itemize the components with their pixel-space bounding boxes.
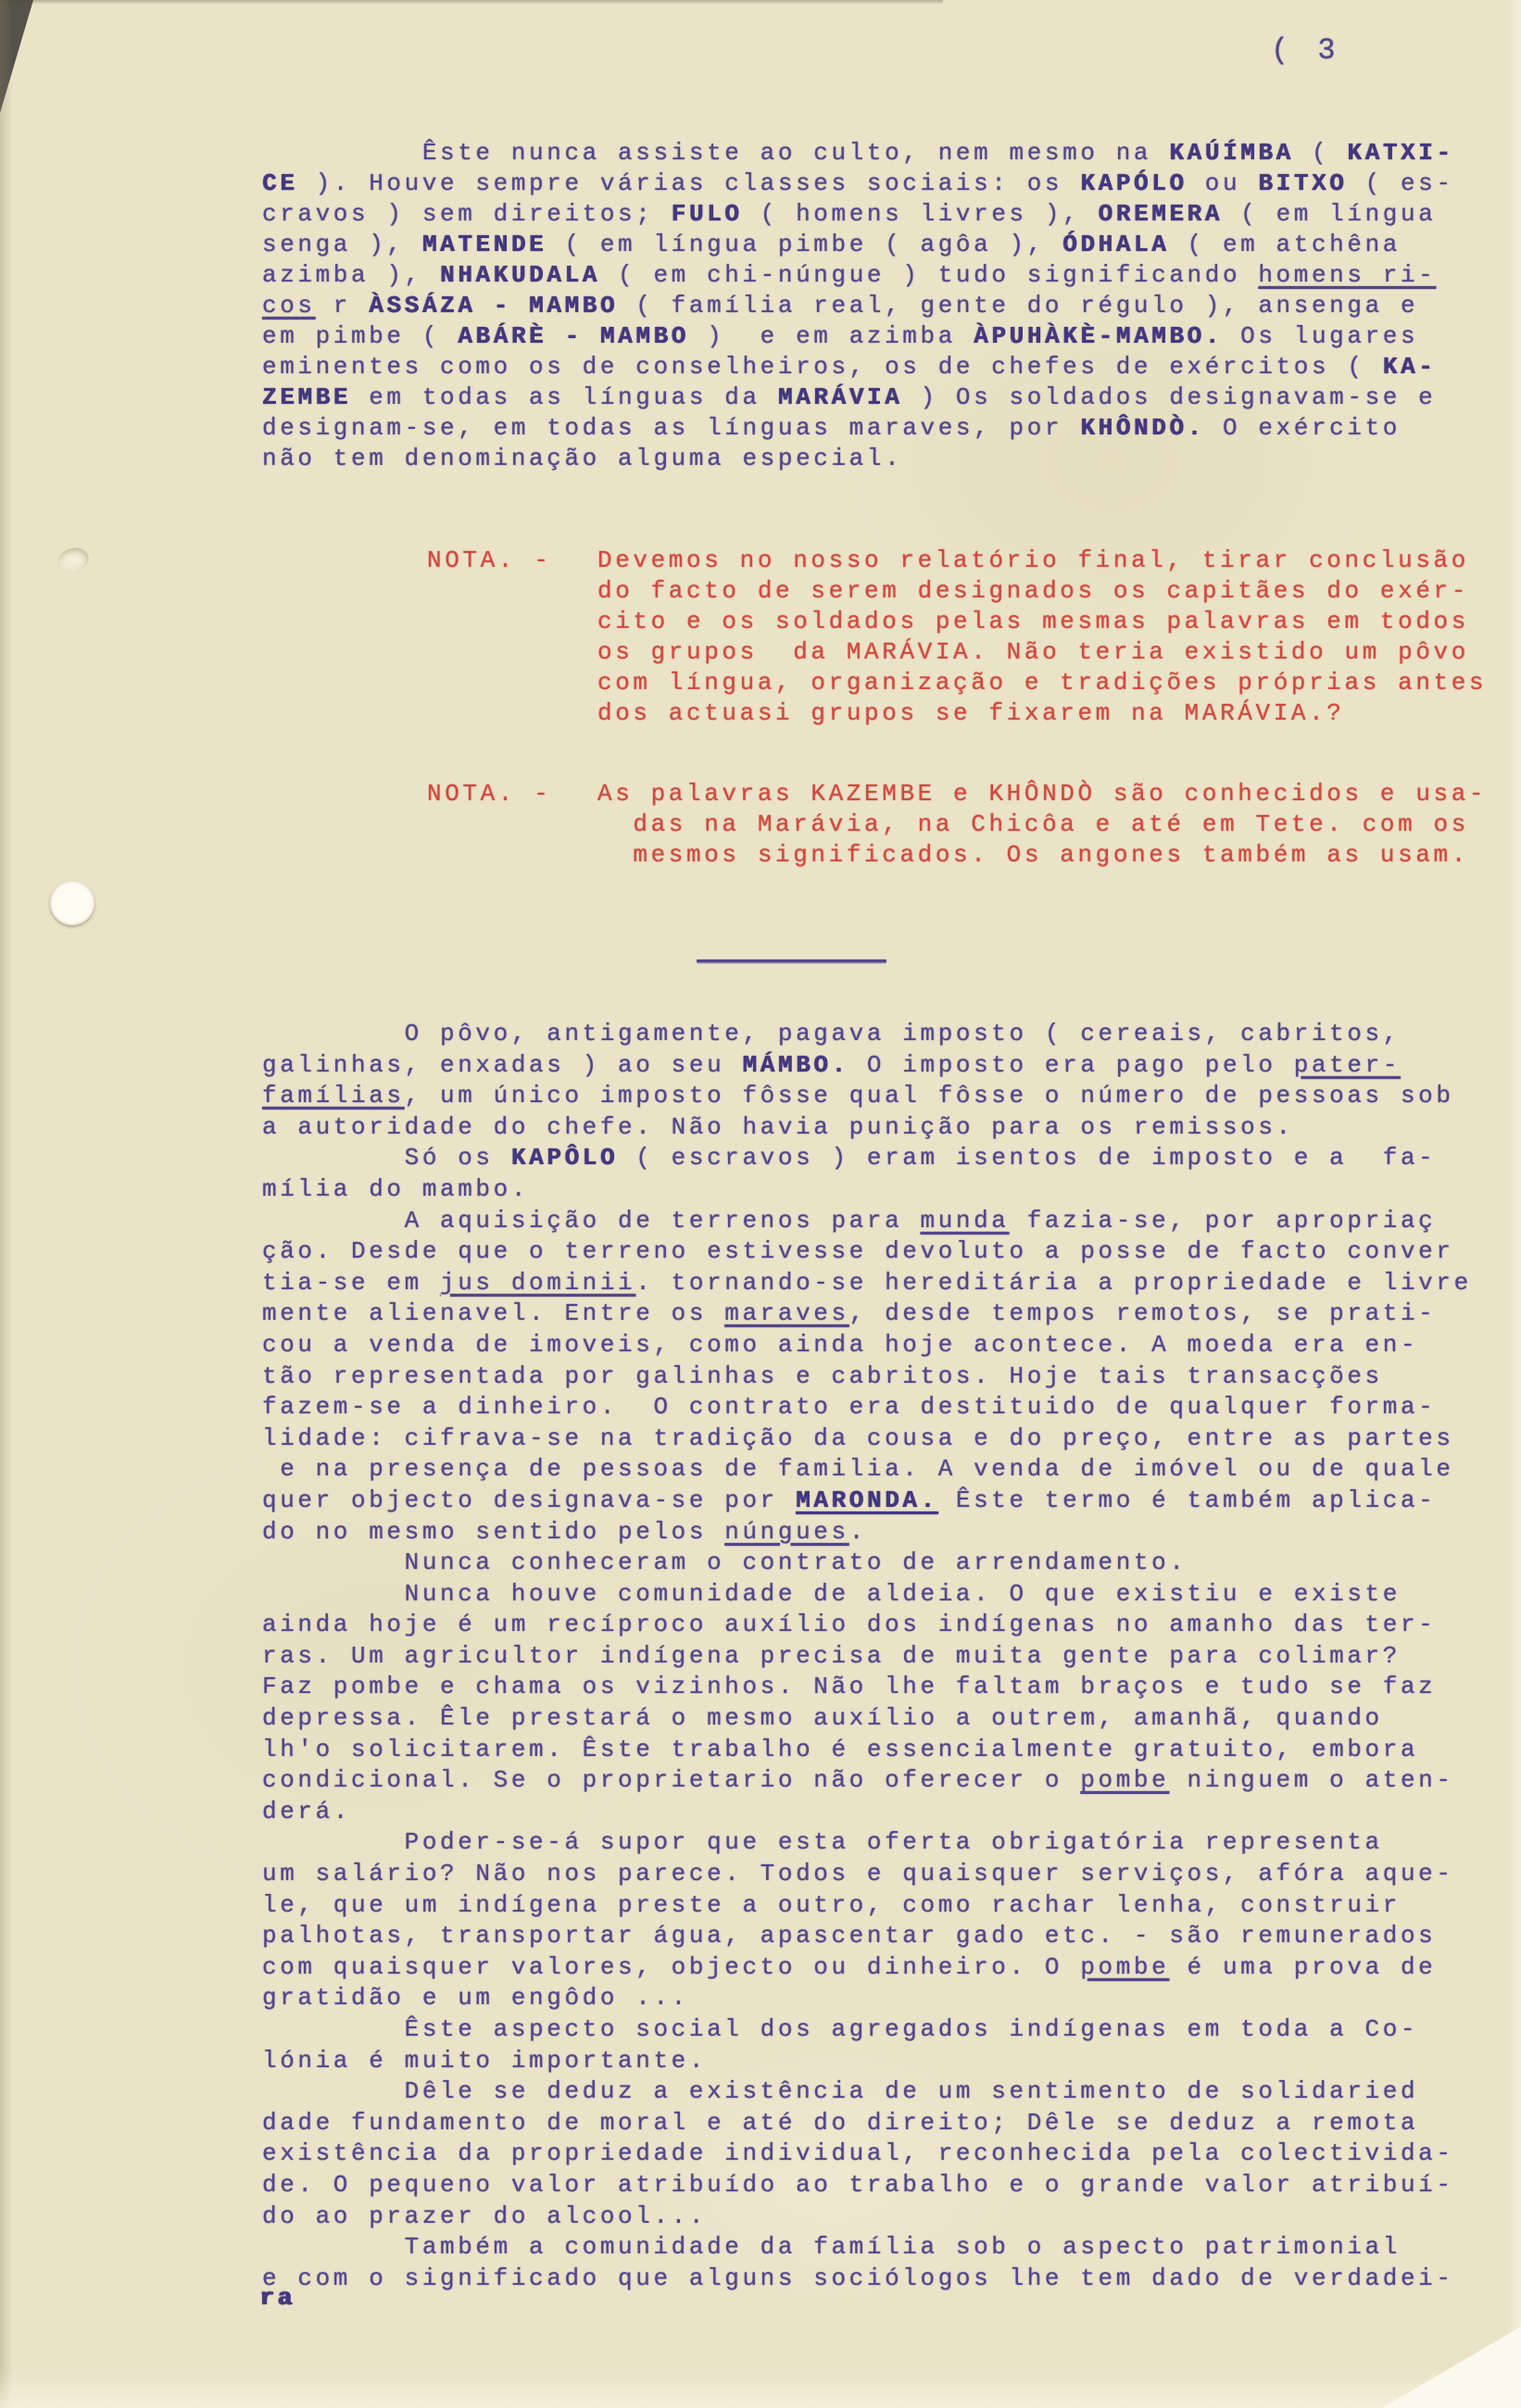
text-line: ras. Um agricultor indígena precisa de m… — [262, 1641, 1472, 1673]
text-line: azimba ), NHAKUDALA ( em chi-núngue ) tu… — [262, 260, 1454, 291]
text-line: Êste nunca assiste ao culto, nem mesmo n… — [262, 138, 1454, 169]
text-line: e com o significado que alguns sociólogo… — [262, 2264, 1472, 2295]
text-segment: r — [316, 292, 370, 320]
paper-edge-right — [1506, 0, 1521, 2408]
text-line: gratidão e um engôdo ... — [262, 1983, 1472, 2014]
text-segment: homens ri- — [1258, 261, 1436, 289]
text-line: com língua, organização e tradições próp… — [597, 668, 1487, 698]
text-segment: ÀPUHÀKÈ-MAMBO. — [974, 322, 1223, 350]
text-segment: Faz pombe e chama os vizinhos. Não lhe f… — [262, 1673, 1436, 1700]
nota-2-text: As palavras KAZEMBE e KHÔNDÒ são conheci… — [597, 779, 1487, 871]
text-segment: ras. Um agricultor indígena precisa de m… — [262, 1642, 1401, 1670]
body-text-block: O pôvo, antigamente, pagava imposto ( ce… — [262, 1019, 1472, 2294]
text-segment: cou a venda de imoveis, como ainda hoje … — [262, 1331, 1418, 1359]
text-segment: jus dominii — [440, 1269, 635, 1297]
text-segment: KATXI- — [1347, 139, 1453, 167]
text-segment: Poder-se-á supor que esta oferta obrigat… — [262, 1828, 1383, 1856]
text-segment: ( em língua pimbe ( agôa ), — [547, 231, 1062, 258]
text-segment: e com o significado que alguns sociólogo… — [262, 2264, 1454, 2292]
text-line: e na presença de pessoas de familia. A v… — [262, 1454, 1472, 1486]
text-segment: com língua, organização e tradições próp… — [597, 669, 1487, 696]
text-segment: gratidão e um engôdo ... — [262, 1984, 689, 2012]
text-line: derá. — [262, 1797, 1472, 1828]
nota-1-label: NOTA. - — [427, 546, 597, 576]
text-segment: ( em língua — [1223, 200, 1436, 228]
text-segment: Êste nunca assiste ao culto, nem mesmo n… — [262, 139, 1169, 167]
text-segment: e na presença de pessoas de familia. A v… — [262, 1455, 1454, 1483]
text-line: do ao prazer do alcool... — [262, 2201, 1472, 2233]
text-segment: designam-se, em todas as línguas maraves… — [262, 414, 1080, 442]
text-segment: As palavras KAZEMBE e KHÔNDÒ são conheci… — [597, 780, 1487, 808]
text-segment: ( es- — [1347, 169, 1453, 197]
text-line: a autoridade do chefe. Não havia punição… — [262, 1112, 1472, 1144]
text-segment: Êste termo é também aplica- — [938, 1486, 1437, 1514]
text-segment: mente alienavel. Entre os — [262, 1299, 724, 1327]
text-line: com quaisquer valores, objecto ou dinhei… — [262, 1952, 1472, 1984]
text-line: em pimbe ( ABÁRÈ - MAMBO ) e em azimba À… — [262, 321, 1454, 352]
overtyped-correction: ra — [259, 2284, 295, 2312]
text-segment: derá. — [262, 1798, 351, 1825]
text-line: designam-se, em todas as línguas maraves… — [262, 413, 1454, 444]
text-segment: KAPÓLO — [1080, 169, 1187, 197]
text-segment: não tem denominação alguma especial. — [262, 445, 902, 472]
text-line: lónia é muito importante. — [262, 2046, 1472, 2077]
paper-curl-mark — [55, 544, 93, 577]
text-segment: quer objecto designava-se por — [262, 1486, 796, 1514]
section-divider — [697, 959, 886, 962]
text-segment: . — [849, 1518, 867, 1546]
text-line: mília do mambo. — [262, 1174, 1472, 1206]
text-segment: Só os — [262, 1144, 511, 1172]
text-segment: tia-se em — [262, 1269, 440, 1297]
text-segment: MATENDE — [422, 231, 547, 258]
text-line: dos actuasi grupos se fixarem na MARÁVIA… — [597, 698, 1487, 729]
text-segment: munda — [921, 1207, 1010, 1235]
text-segment: fazem-se a dinheiro. O contrato era dest… — [262, 1393, 1436, 1421]
nota-1-text: Devemos no nosso relatório final, tirar … — [597, 546, 1487, 729]
text-segment: galinhas, enxadas ) ao seu — [262, 1051, 742, 1079]
text-segment: , um único imposto fôsse qual fôsse o nú… — [405, 1082, 1454, 1110]
text-segment: le, que um indígena preste a outro, como… — [262, 1891, 1401, 1919]
nota-1: NOTA. - Devemos no nosso relatório final… — [427, 546, 1487, 729]
text-segment: cos — [262, 292, 316, 320]
text-segment: ( em chi-núngue ) tudo significando — [600, 261, 1259, 289]
text-segment: lh'o solicitarem. Êste trabalho é essenc… — [262, 1736, 1418, 1763]
text-line: ainda hoje é um recíproco auxílio dos in… — [262, 1610, 1472, 1641]
text-segment: ( família real, gente do régulo ), ansen… — [618, 292, 1418, 320]
text-segment: pombe — [1080, 1953, 1169, 1981]
text-line: A aquisição de terrenos para munda fazia… — [262, 1206, 1472, 1237]
text-segment: Nunca houve comunidade de aldeia. O que … — [262, 1580, 1401, 1608]
page-number: ( 3 — [1271, 33, 1341, 68]
text-line: ZEMBE em todas as línguas da MARÁVIA ) O… — [262, 383, 1454, 413]
text-line: dade fundamento de moral e até do direit… — [262, 2108, 1472, 2139]
text-line: cravos ) sem direitos; FULO ( homens liv… — [262, 199, 1454, 230]
text-segment: ninguem o aten- — [1169, 1766, 1453, 1794]
text-segment: Também a comunidade da família sob o asp… — [262, 2233, 1401, 2261]
text-line: não tem denominação alguma especial. — [262, 444, 1454, 474]
text-line: do facto de serem designados os capitães… — [597, 576, 1487, 607]
text-segment: ) e em azimba — [689, 322, 974, 350]
text-segment: , desde tempos remotos, se prati- — [849, 1299, 1437, 1327]
text-segment: ( — [1294, 139, 1348, 167]
text-segment: lidade: cifrava-se na tradição da cousa … — [262, 1424, 1454, 1452]
text-segment: de. O pequeno valor atribuído ao trabalh… — [262, 2171, 1454, 2199]
text-segment: A aquisição de terrenos para — [262, 1207, 921, 1235]
text-segment: mília do mambo. — [262, 1175, 529, 1203]
text-segment: maraves — [724, 1299, 848, 1327]
text-line: Nunca conheceram o contrato de arrendame… — [262, 1548, 1472, 1579]
text-segment: depressa. Êle prestará o mesmo auxílio a… — [262, 1704, 1383, 1732]
text-segment: do no mesmo sentido pelos — [262, 1518, 724, 1546]
text-segment: BITXO — [1258, 169, 1347, 197]
text-line: Dêle se deduz a existência de um sentime… — [262, 2076, 1472, 2108]
text-segment: O exército — [1205, 414, 1401, 442]
text-line: quer objecto designava-se por MARONDA. Ê… — [262, 1486, 1472, 1517]
text-segment: ( homens livres ), — [742, 200, 1098, 228]
text-segment: famílias — [262, 1082, 405, 1110]
paper-corner-bottom-right — [1382, 2326, 1521, 2408]
text-segment: O pôvo, antigamente, pagava imposto ( ce… — [262, 1020, 1401, 1047]
text-segment: Êste aspecto social dos agregados indíge… — [262, 2015, 1418, 2043]
text-line: CE ). Houve sempre várias classes sociai… — [262, 169, 1454, 199]
text-segment: KAPÔLO — [511, 1144, 618, 1172]
text-line: galinhas, enxadas ) ao seu MÁMBO. O impo… — [262, 1050, 1472, 1082]
text-line: os grupos da MARÁVIA. Não teria existido… — [597, 637, 1487, 668]
text-segment: com quaisquer valores, objecto ou dinhei… — [262, 1953, 1080, 1981]
text-segment: lónia é muito importante. — [262, 2047, 707, 2075]
punch-hole — [50, 881, 94, 925]
text-line: um salário? Não nos parece. Todos e quai… — [262, 1859, 1472, 1890]
text-segment: azimba ), — [262, 261, 440, 289]
text-segment: NHAKUDALA — [440, 261, 600, 289]
text-line: existência da propriedade individual, re… — [262, 2138, 1472, 2170]
text-line: Poder-se-á supor que esta oferta obrigat… — [262, 1827, 1472, 1859]
text-segment: tão representada por galinhas e cabritos… — [262, 1362, 1383, 1390]
text-line: Êste aspecto social dos agregados indíge… — [262, 2014, 1472, 2046]
text-segment: núngues — [724, 1518, 848, 1546]
text-segment: dos actuasi grupos se fixarem na MARÁVIA… — [597, 699, 1345, 727]
text-segment: pombe — [1080, 1766, 1169, 1794]
text-segment: ZEMBE — [262, 383, 351, 411]
text-line: le, que um indígena preste a outro, como… — [262, 1890, 1472, 1922]
text-line: Só os KAPÔLO ( escravos ) eram isentos d… — [262, 1143, 1472, 1174]
text-line: senga ), MATENDE ( em língua pimbe ( agô… — [262, 230, 1454, 260]
text-segment: ainda hoje é um recíproco auxílio dos in… — [262, 1611, 1436, 1638]
nota-2: NOTA. - As palavras KAZEMBE e KHÔNDÒ são… — [427, 779, 1487, 871]
text-line: Nunca houve comunidade de aldeia. O que … — [262, 1579, 1472, 1611]
text-segment: ABÁRÈ - MAMBO — [458, 322, 689, 350]
text-segment: Dêle se deduz a existência de um sentime… — [262, 2077, 1418, 2105]
text-segment: eminentes como os de conselheiros, os de… — [262, 353, 1383, 381]
document-page: ( 3 Êste nunca assiste ao culto, nem mes… — [0, 0, 1521, 2408]
text-segment: ÓDHALA — [1062, 231, 1169, 258]
text-segment: KA- — [1383, 353, 1437, 381]
text-line: Faz pombe e chama os vizinhos. Não lhe f… — [262, 1672, 1472, 1703]
text-segment: O imposto era pago pelo — [849, 1051, 1294, 1079]
text-segment: ou — [1188, 169, 1259, 197]
nota-2-label: NOTA. - — [427, 779, 597, 809]
text-segment: Nunca conheceram o contrato de arrendame… — [262, 1549, 1188, 1576]
text-line: tão representada por galinhas e cabritos… — [262, 1361, 1472, 1393]
text-segment: MARÁVIA — [778, 383, 902, 411]
text-segment: dade fundamento de moral e até do direit… — [262, 2109, 1418, 2137]
text-line: Devemos no nosso relatório final, tirar … — [597, 546, 1487, 576]
text-line: cos r ÀSSÁZA - MAMBO ( família real, gen… — [262, 291, 1454, 321]
text-segment: palhotas, transportar água, apascentar g… — [262, 1922, 1436, 1950]
text-segment: MARONDA. — [796, 1486, 938, 1514]
text-line: de. O pequeno valor atribuído ao trabalh… — [262, 2170, 1472, 2201]
text-segment: Devemos no nosso relatório final, tirar … — [597, 546, 1469, 574]
text-segment: a autoridade do chefe. Não havia punição… — [262, 1113, 1294, 1141]
text-segment: ( em atchêna — [1169, 231, 1401, 258]
text-segment: ÀSSÁZA - MAMBO — [369, 292, 618, 320]
text-line: mente alienavel. Entre os maraves, desde… — [262, 1298, 1472, 1330]
paper-edge-bottom — [0, 2369, 1521, 2408]
text-line: As palavras KAZEMBE e KHÔNDÒ são conheci… — [597, 779, 1487, 809]
text-segment: do facto de serem designados os capitães… — [597, 577, 1469, 605]
text-line: lidade: cifrava-se na tradição da cousa … — [262, 1423, 1472, 1455]
text-line: condicional. Se o proprietario não ofere… — [262, 1765, 1472, 1797]
text-segment: CE — [262, 169, 297, 197]
text-line: mesmos significados. Os angones também a… — [597, 840, 1487, 871]
text-segment: ). Houve sempre várias classes sociais: … — [297, 169, 1080, 197]
text-line: depressa. Êle prestará o mesmo auxílio a… — [262, 1703, 1472, 1735]
text-line: ção. Desde que o terreno estivesse devol… — [262, 1236, 1472, 1268]
text-segment: um salário? Não nos parece. Todos e quai… — [262, 1860, 1454, 1888]
text-segment: pater- — [1294, 1051, 1401, 1079]
text-segment: Os lugares — [1223, 322, 1418, 350]
text-line: lh'o solicitarem. Êste trabalho é essenc… — [262, 1735, 1472, 1766]
text-segment: . tornando-se hereditária a propriedade … — [635, 1269, 1472, 1297]
text-segment: fazia-se, por apropriaç — [1010, 1207, 1437, 1235]
text-segment: em pimbe ( — [262, 322, 458, 350]
text-line: cito e os soldados pelas mesmas palavras… — [597, 607, 1487, 637]
text-segment: MÁMBO. — [742, 1051, 848, 1079]
paper-edge-top — [0, 0, 943, 5]
text-line: fazem-se a dinheiro. O contrato era dest… — [262, 1392, 1472, 1423]
text-segment: em todas as línguas da — [351, 383, 778, 411]
text-line: palhotas, transportar água, apascentar g… — [262, 1921, 1472, 1952]
text-segment: cravos ) sem direitos; — [262, 200, 672, 228]
text-segment: ) Os soldados designavam-se e — [902, 383, 1436, 411]
text-segment: das na Marávia, na Chicôa e até em Tete.… — [597, 810, 1469, 838]
text-segment: é uma prova de — [1169, 1953, 1436, 1981]
text-segment: do ao prazer do alcool... — [262, 2202, 707, 2230]
text-line: Também a comunidade da família sob o asp… — [262, 2232, 1472, 2264]
text-line: tia-se em jus dominii. tornando-se hered… — [262, 1268, 1472, 1299]
text-segment: KAÚÍMBA — [1169, 139, 1293, 167]
text-segment: existência da propriedade individual, re… — [262, 2139, 1454, 2167]
text-line: eminentes como os de conselheiros, os de… — [262, 352, 1454, 383]
text-line: do no mesmo sentido pelos núngues. — [262, 1517, 1472, 1549]
text-segment: mesmos significados. Os angones também a… — [597, 841, 1469, 869]
text-segment: condicional. Se o proprietario não ofere… — [262, 1766, 1080, 1794]
text-line: famílias, um único imposto fôsse qual fô… — [262, 1081, 1472, 1112]
text-segment: KHÔNDÒ. — [1080, 414, 1204, 442]
text-segment: OREMERA — [1099, 200, 1223, 228]
paragraph-social-classes: Êste nunca assiste ao culto, nem mesmo n… — [262, 138, 1454, 474]
text-segment: senga ), — [262, 231, 422, 258]
text-line: O pôvo, antigamente, pagava imposto ( ce… — [262, 1019, 1472, 1050]
text-segment: ( escravos ) eram isentos de imposto e a… — [618, 1144, 1436, 1172]
text-segment: ção. Desde que o terreno estivesse devol… — [262, 1237, 1454, 1265]
text-segment: os grupos da MARÁVIA. Não teria existido… — [597, 638, 1469, 666]
text-line: cou a venda de imoveis, como ainda hoje … — [262, 1330, 1472, 1361]
paper-edge-left — [0, 0, 13, 2408]
text-segment: cito e os soldados pelas mesmas palavras… — [597, 608, 1469, 635]
text-segment: FULO — [672, 200, 743, 228]
text-line: das na Marávia, na Chicôa e até em Tete.… — [597, 809, 1487, 840]
